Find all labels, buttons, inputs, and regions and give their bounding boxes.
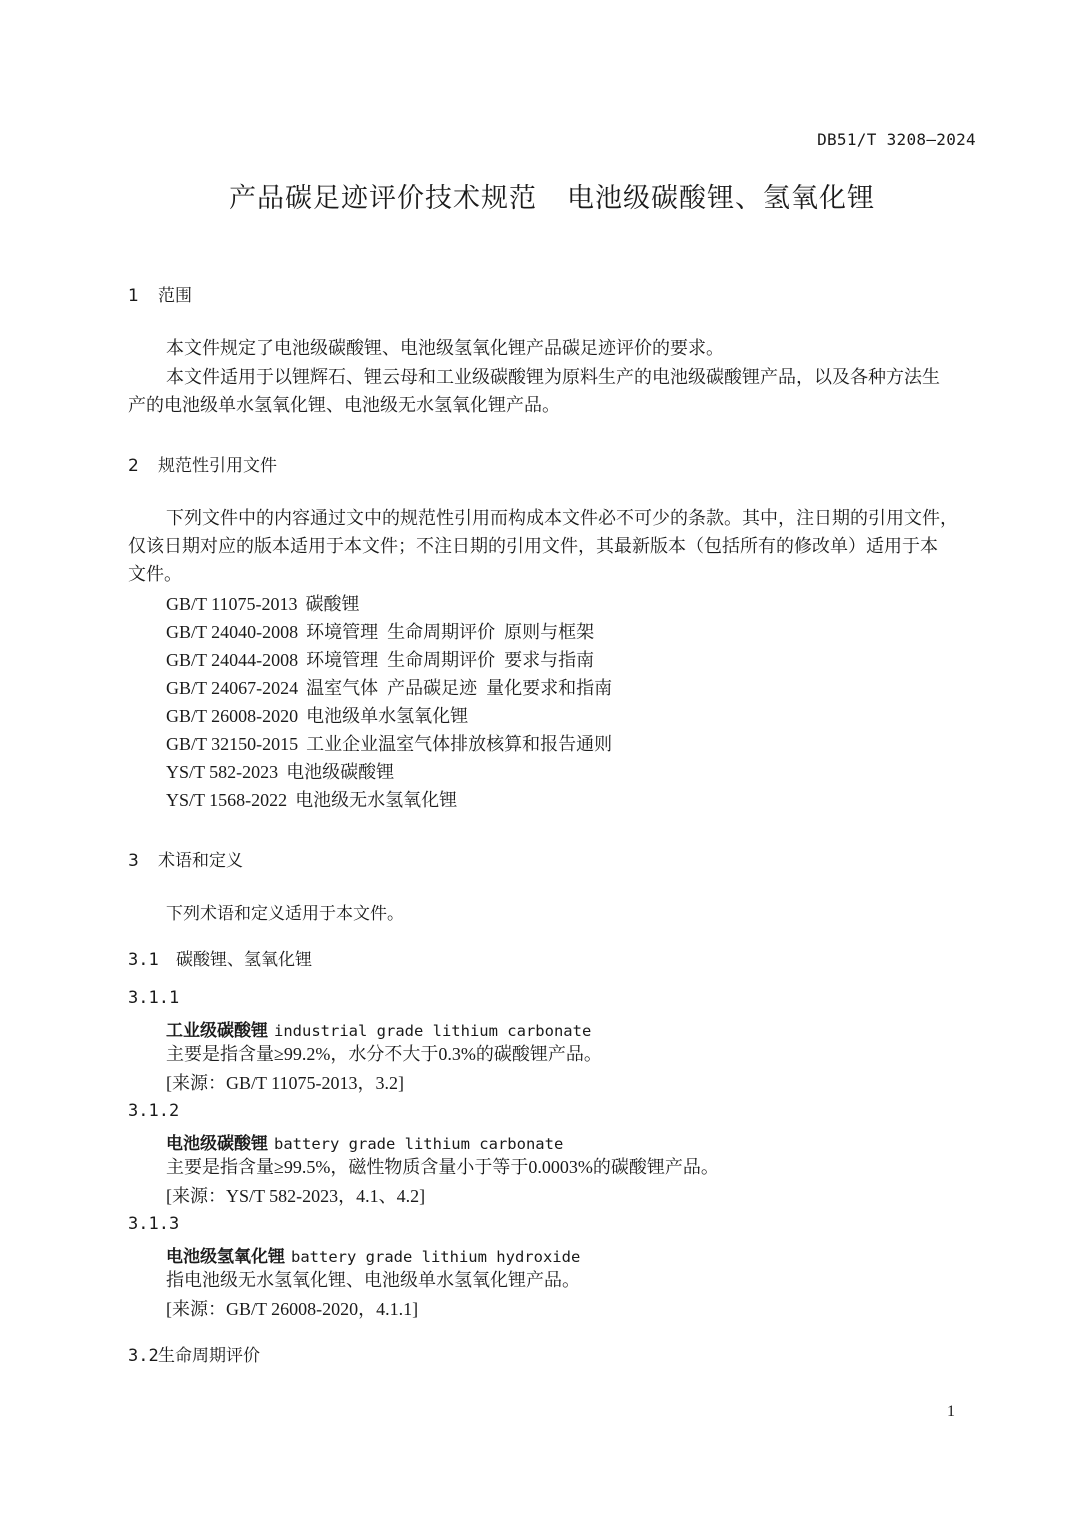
term-definition: 指电池级无水氢氧化锂、电池级单水氢氧化锂产品。 <box>166 1266 580 1294</box>
reference-title: 环境管理 生命周期评价 要求与指南 <box>306 650 594 670</box>
term-chinese: 电池级碳酸锂 <box>166 1134 268 1154</box>
section-number: 2 <box>128 456 158 476</box>
term-definition: 主要是指含量≥99.5%，磁性物质含量小于等于0.0003%的碳酸锂产品。 <box>166 1153 719 1181</box>
subsection-title: 碳酸锂、氢氧化锂 <box>176 950 312 970</box>
scope-paragraph-2-line-1: 本文件适用于以锂辉石、锂云母和工业级碳酸锂为原料生产的电池级碳酸锂产品，以及各种… <box>166 363 940 391</box>
subsection-heading-3-1: 3.1碳酸锂、氢氧化锂 <box>128 945 312 970</box>
term-entry: 电池级碳酸锂battery grade lithium carbonate <box>166 1129 563 1154</box>
document-page: DB51/T 3208—2024 产品碳足迹评价技术规范电池级碳酸锂、氢氧化锂 … <box>0 0 1080 1527</box>
subsection-number: 3.1 <box>128 950 176 970</box>
section-title: 术语和定义 <box>158 851 243 871</box>
term-english: industrial grade lithium carbonate <box>274 1022 591 1040</box>
section-title: 规范性引用文件 <box>158 456 277 476</box>
reference-code: GB/T 24040-2008 <box>166 622 298 642</box>
section-heading-scope: 1范围 <box>128 281 192 306</box>
term-number: 3.1.1 <box>128 988 179 1008</box>
term-source: [来源：YS/T 582-2023，4.1、4.2] <box>166 1182 425 1210</box>
term-entry: 电池级氢氧化锂battery grade lithium hydroxide <box>166 1242 580 1267</box>
section-heading-normative-references: 2规范性引用文件 <box>128 451 277 476</box>
reference-item: GB/T 11075-2013碳酸锂 <box>166 590 360 616</box>
term-source: [来源：GB/T 11075-2013，3.2] <box>166 1069 404 1097</box>
reference-item: GB/T 32150-2015工业企业温室气体排放核算和报告通则 <box>166 730 612 756</box>
reference-code: GB/T 11075-2013 <box>166 594 298 614</box>
term-definition: 主要是指含量≥99.2%，水分不大于0.3%的碳酸锂产品。 <box>166 1040 602 1068</box>
section-title: 范围 <box>158 286 192 306</box>
reference-code: GB/T 26008-2020 <box>166 706 298 726</box>
term-number: 3.1.3 <box>128 1214 179 1234</box>
terms-intro: 下列术语和定义适用于本文件。 <box>166 900 404 928</box>
reference-title: 温室气体 产品碳足迹 量化要求和指南 <box>306 678 612 698</box>
subsection-title: 生命周期评价 <box>158 1346 260 1366</box>
subsection-number: 3.2 <box>128 1346 158 1366</box>
reference-title: 环境管理 生命周期评价 原则与框架 <box>306 622 594 642</box>
scope-paragraph-2-line-2: 产的电池级单水氢氧化锂、电池级无水氢氧化锂产品。 <box>128 391 560 419</box>
reference-title: 电池级无水氢氧化锂 <box>295 790 457 810</box>
reference-code: GB/T 32150-2015 <box>166 734 298 754</box>
scope-paragraph-1: 本文件规定了电池级碳酸锂、电池级氢氧化锂产品碳足迹评价的要求。 <box>166 334 724 362</box>
term-english: battery grade lithium hydroxide <box>291 1248 580 1266</box>
reference-title: 碳酸锂 <box>306 594 360 614</box>
term-chinese: 电池级氢氧化锂 <box>166 1247 285 1267</box>
reference-code: GB/T 24067-2024 <box>166 678 298 698</box>
reference-code: GB/T 24044-2008 <box>166 650 298 670</box>
normative-paragraph-line-3: 文件。 <box>128 560 182 588</box>
page-title: 产品碳足迹评价技术规范电池级碳酸锂、氢氧化锂 <box>0 176 1080 215</box>
reference-title: 电池级单水氢氧化锂 <box>306 706 468 726</box>
normative-paragraph-line-2: 仅该日期对应的版本适用于本文件；不注日期的引用文件，其最新版本（包括所有的修改单… <box>128 532 938 560</box>
reference-item: GB/T 24067-2024温室气体 产品碳足迹 量化要求和指南 <box>166 674 612 700</box>
document-number: DB51/T 3208—2024 <box>817 130 976 149</box>
title-part-2: 电池级碳酸锂、氢氧化锂 <box>567 183 875 214</box>
term-entry: 工业级碳酸锂industrial grade lithium carbonate <box>166 1016 591 1041</box>
reference-code: YS/T 1568-2022 <box>166 790 287 810</box>
reference-title: 电池级碳酸锂 <box>286 762 394 782</box>
section-heading-terms-definitions: 3术语和定义 <box>128 846 243 871</box>
section-number: 1 <box>128 286 158 306</box>
reference-item: GB/T 24040-2008环境管理 生命周期评价 原则与框架 <box>166 618 594 644</box>
reference-item: YS/T 1568-2022电池级无水氢氧化锂 <box>166 786 457 812</box>
section-number: 3 <box>128 851 158 871</box>
term-number: 3.1.2 <box>128 1101 179 1121</box>
term-english: battery grade lithium carbonate <box>274 1135 563 1153</box>
reference-item: YS/T 582-2023电池级碳酸锂 <box>166 758 394 784</box>
reference-title: 工业企业温室气体排放核算和报告通则 <box>306 734 612 754</box>
page-number: 1 <box>947 1403 955 1421</box>
term-chinese: 工业级碳酸锂 <box>166 1021 268 1041</box>
reference-code: YS/T 582-2023 <box>166 762 278 782</box>
title-part-1: 产品碳足迹评价技术规范 <box>229 183 537 214</box>
reference-item: GB/T 24044-2008环境管理 生命周期评价 要求与指南 <box>166 646 594 672</box>
reference-item: GB/T 26008-2020电池级单水氢氧化锂 <box>166 702 468 728</box>
subsection-heading-3-2: 3.2生命周期评价 <box>128 1341 260 1366</box>
normative-paragraph-line-1: 下列文件中的内容通过文中的规范性引用而构成本文件必不可少的条款。其中，注日期的引… <box>166 504 958 532</box>
term-source: [来源：GB/T 26008-2020，4.1.1] <box>166 1295 418 1323</box>
